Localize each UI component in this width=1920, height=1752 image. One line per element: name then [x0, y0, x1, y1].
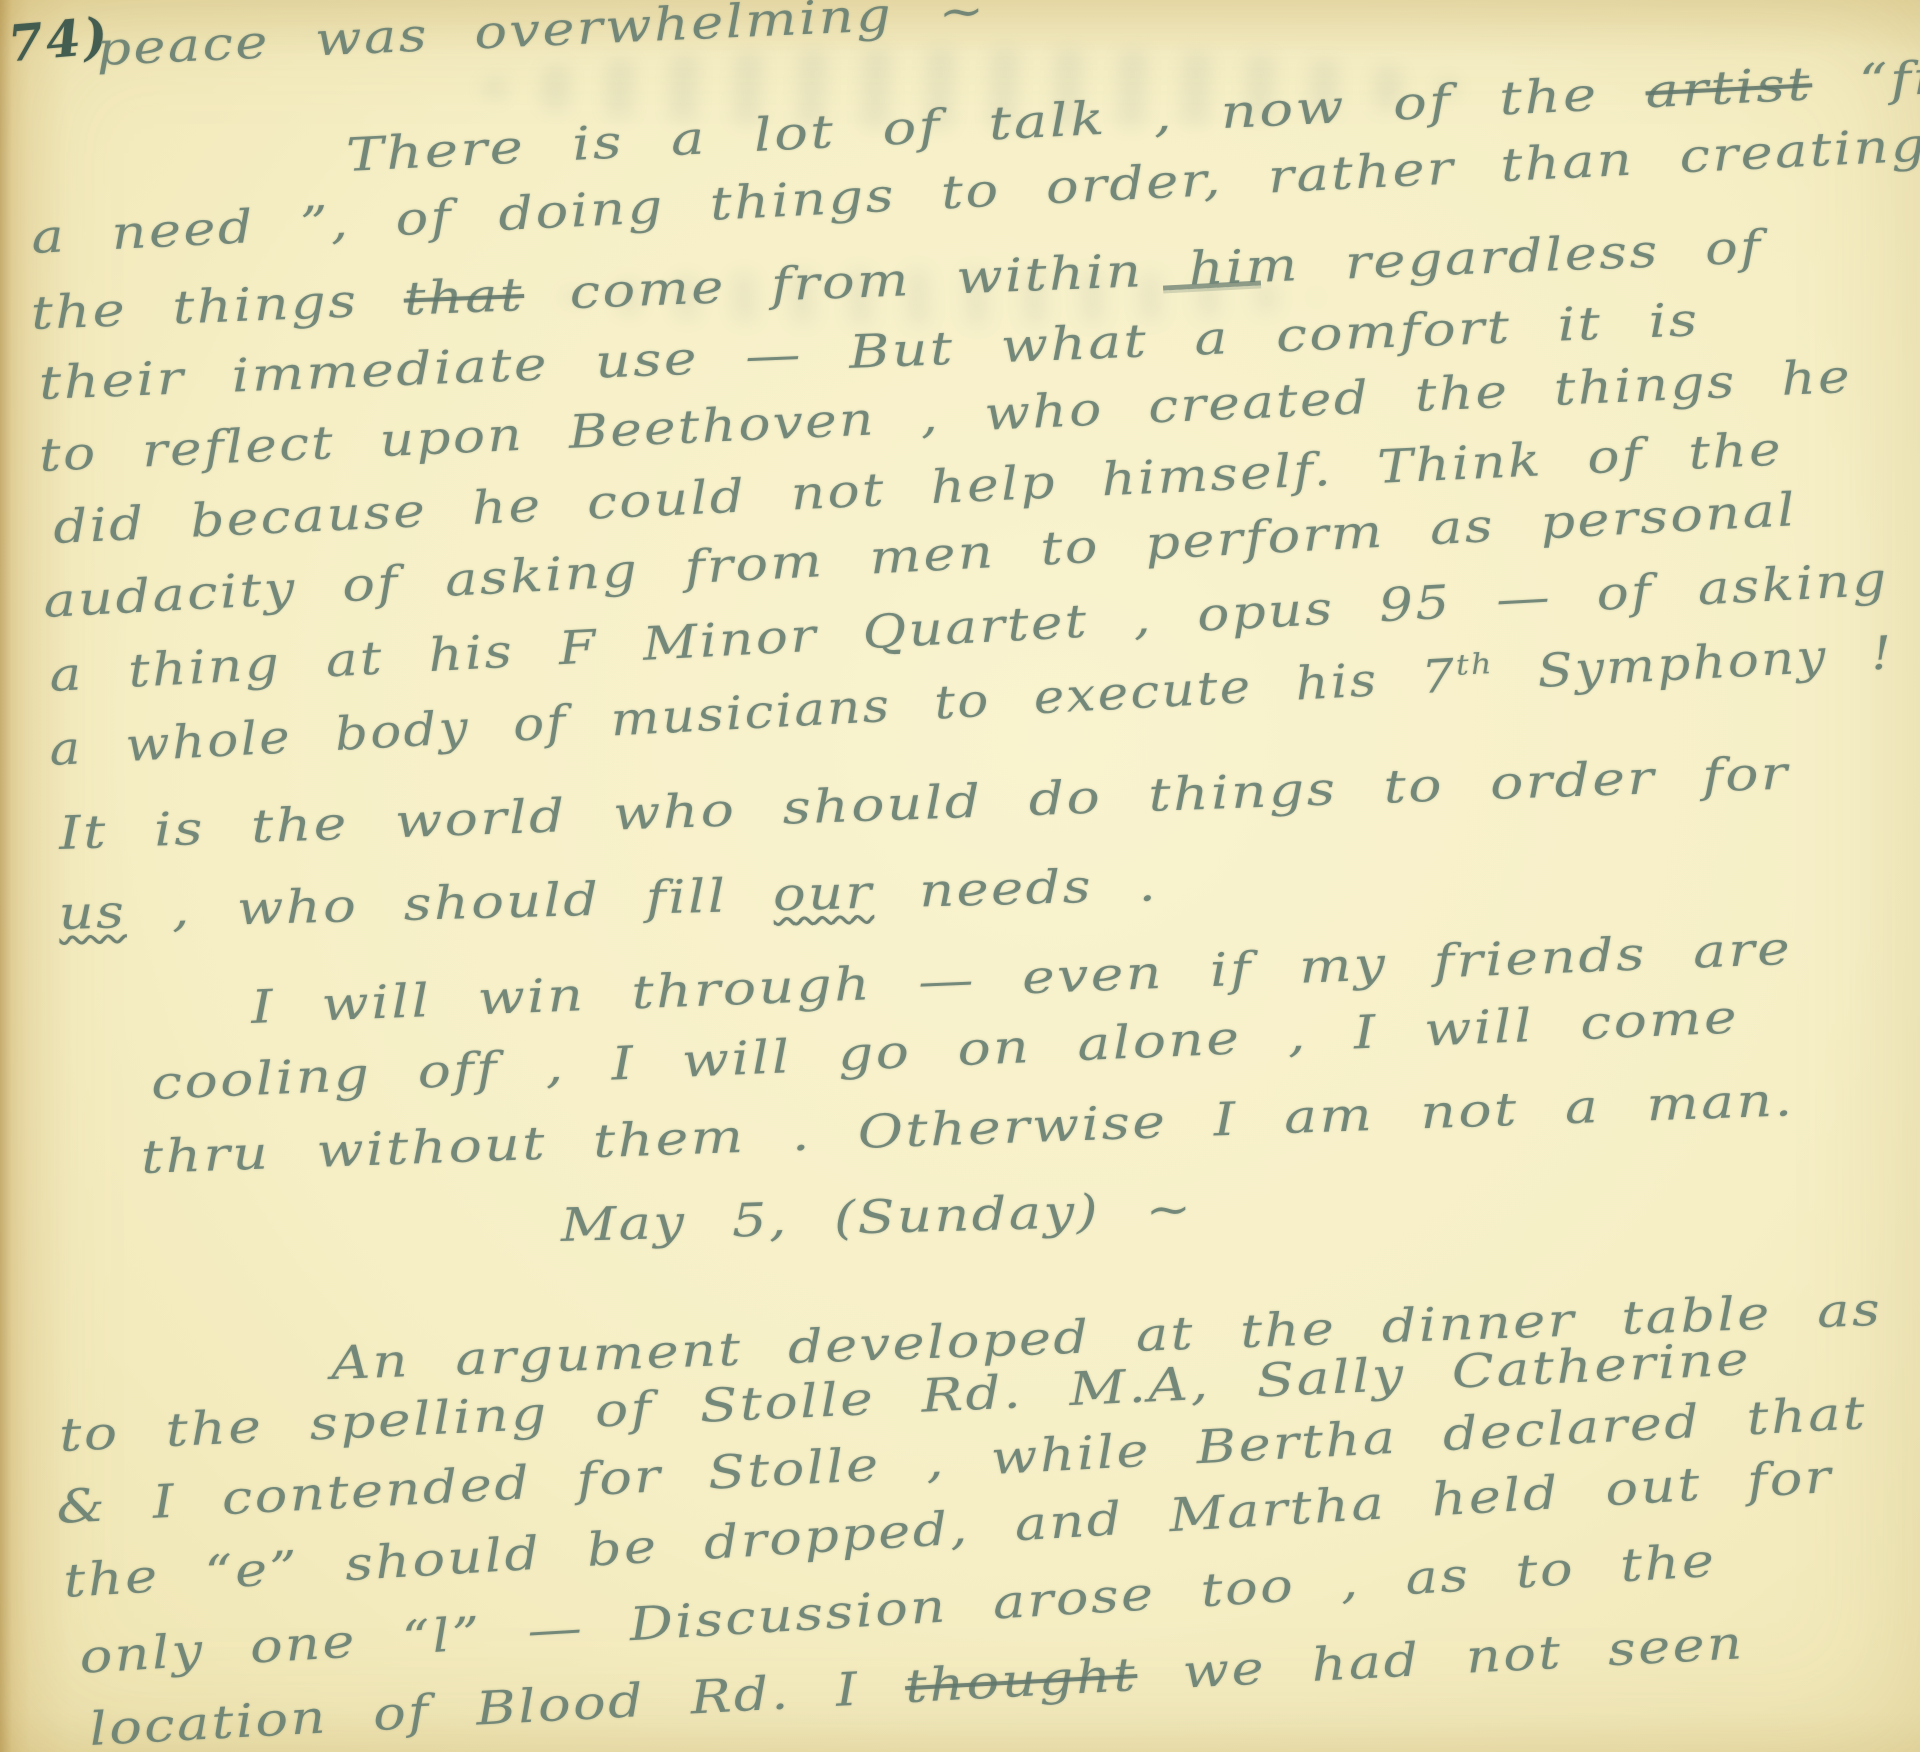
- handwriting-segment: “filling: [1811, 44, 1920, 111]
- handwriting-segment: needs .: [873, 857, 1159, 918]
- handwriting-segment: Symphony !: [1493, 625, 1895, 700]
- handwriting-segment: , who should fill: [126, 867, 774, 938]
- handwriting-segment-strike: thought: [904, 1647, 1139, 1713]
- handwriting-segment-strike: that: [403, 267, 525, 326]
- handwriting-segment-sup: th: [1455, 647, 1495, 682]
- handwriting-line-1: peace was overwhelming ~: [95, 0, 988, 76]
- handwriting-segment-strike: artist: [1644, 56, 1813, 118]
- handwriting-segment: May 5, (Sunday) ~: [560, 1181, 1194, 1252]
- journal-page: 74) peace was overwhelming ~There is a l…: [0, 0, 1920, 1752]
- handwriting-segment: the things: [30, 272, 405, 340]
- handwriting-line-16: May 5, (Sunday) ~: [560, 1181, 1194, 1252]
- handwriting-line-11: It is the world who should do things to …: [58, 746, 1790, 860]
- handwriting-line-12: us , who should fill our needs .: [58, 857, 1159, 940]
- handwriting-segment: we had not seen: [1136, 1615, 1746, 1701]
- handwriting-segment-underline: our: [772, 865, 874, 922]
- handwriting-segment: It is the world who should do things to …: [58, 746, 1790, 860]
- handwriting-segment-underline: us: [58, 884, 127, 940]
- handwriting-segment: peace was overwhelming ~: [95, 0, 988, 76]
